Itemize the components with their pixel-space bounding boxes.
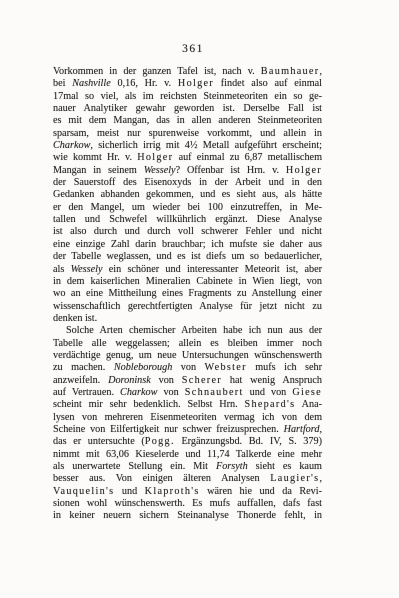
text-run: auf einmal zu 6,87 metallischem: [173, 152, 322, 163]
text-line: besser aus. Von einigen älteren Analysen…: [53, 473, 322, 485]
text-line: denken ist.: [53, 313, 322, 325]
text-line: auf Vertrauen. Charkow von Schnaubert un…: [53, 387, 322, 399]
text-run: Scheine von Eilfertigkeit nur schwer fre…: [53, 424, 284, 435]
text-run: nimmt mit 63,06 Kieselerde und 11,74 Tal…: [53, 449, 322, 460]
text-line: Mangan in seinem Wessely? Offenbar ist H…: [53, 165, 322, 177]
text-run: besser aus. Von einigen älteren Analysen: [53, 473, 270, 484]
text-run: sparsam, meist nur spurenweise vorkommt,…: [53, 128, 322, 139]
text-run: bei: [53, 78, 72, 89]
text-run: Ergänzungsbd. Bd. IV, S. 379): [175, 436, 322, 447]
text-line: verdächtige genug, um neue Untersuchunge…: [53, 350, 322, 362]
text-run: Solche Arten chemischer Arbeiten habe ic…: [66, 325, 322, 336]
page-number: 361: [57, 43, 329, 55]
text-line: nauer Analytiker gewahr geworden ist. De…: [53, 103, 322, 115]
book-page: 361 Vorkommen in der ganzen Tafel ist, n…: [0, 0, 399, 598]
text-line: Vorkommen in der ganzen Tafel ist, nach …: [53, 66, 322, 78]
text-line: als unerwartete Stellung ein. Mit Forsyt…: [53, 461, 322, 473]
text-line: der Sauerstoff des Eisenoxyds in der Arb…: [53, 177, 322, 189]
text-line: das er untersuchte (Pogg. Ergänzungsbd. …: [53, 436, 322, 448]
text-run: denken ist.: [53, 313, 97, 324]
text-run: und von: [244, 387, 293, 398]
meteorite-name-italic: Wessely: [144, 165, 176, 176]
text-run: von: [157, 387, 184, 398]
text-line: bei Nashville 0,16, Hr. v. Holger findet…: [53, 78, 322, 90]
text-run: von: [172, 362, 204, 373]
text-run: Mangan in seinem: [53, 165, 144, 176]
person-name-spaced: Laugier's: [270, 473, 319, 484]
text-line: als Wessely ein schöner und interessante…: [53, 264, 322, 276]
text-run: als: [53, 264, 71, 275]
meteorite-name-italic: Doroninsk: [108, 375, 151, 386]
text-run: es mit dem Mangan, das in allen anderen …: [53, 115, 322, 126]
person-name-spaced: Holger: [137, 152, 173, 163]
text-run: wären hie und da Revi-: [200, 486, 322, 497]
meteorite-name-italic: Charkow: [53, 140, 90, 151]
text-line: in dem kaiserlichen Mineralien Cabinete …: [53, 276, 322, 288]
text-run: lysen von mehreren Eisenmeteoriten verma…: [53, 412, 322, 423]
text-run: 0,16, Hr. v.: [111, 78, 178, 89]
text-run: wo an eine Mittheilung eines Fragments z…: [53, 288, 322, 299]
person-name-spaced: Vauquelin's: [53, 486, 114, 497]
text-run: mufs ich sehr: [247, 362, 322, 373]
text-run: der Tabelle weglassen, und es ist diefs …: [53, 251, 322, 262]
text-run: wie kommt Hr. v.: [53, 152, 137, 163]
text-run: ist also durch und durch voll schwerer F…: [53, 226, 322, 237]
text-run: 17mal so viel, als im reichsten Steinmet…: [53, 91, 322, 102]
person-name-spaced: Holger: [178, 78, 214, 89]
meteorite-name-italic: Nobleborough: [114, 362, 172, 373]
text-run: findet also auf einmal: [214, 78, 322, 89]
text-run: nauer Analytiker gewahr geworden ist. De…: [53, 103, 322, 114]
text-run: Tabelle alle weggelassen; allein es blei…: [53, 338, 322, 349]
text-run: ,: [319, 66, 322, 77]
text-run: als unerwartete Stellung ein. Mit: [53, 461, 216, 472]
text-line: wie kommt Hr. v. Holger auf einmal zu 6,…: [53, 152, 322, 164]
person-name-spaced: Schnaubert: [185, 387, 244, 398]
text-run: in dem kaiserlichen Mineralien Cabinete …: [53, 276, 322, 287]
text-block: Vorkommen in der ganzen Tafel ist, nach …: [53, 66, 322, 523]
person-name-spaced: Holger: [286, 165, 322, 176]
text-run: Gedanken abhanden gekommen, und es sieht…: [53, 189, 322, 200]
text-line: scheint mir sehr bedenklich. Selbst Hrn.…: [53, 399, 322, 411]
text-run: hat wenig Anspruch: [222, 375, 322, 386]
text-run: ein schöner und interessanter Meteorit i…: [102, 264, 322, 275]
text-line: tallen und Schwefel willkührlich ergänzt…: [53, 214, 322, 226]
text-line: sionen wohl wünschenswerth. Es mufs auff…: [53, 498, 322, 510]
text-line: Gedanken abhanden gekommen, und es sieht…: [53, 189, 322, 201]
person-name-spaced: Baumhauer: [261, 66, 320, 77]
text-run: Vorkommen in der ganzen Tafel ist, nach …: [53, 66, 261, 77]
text-line: 17mal so viel, als im reichsten Steinmet…: [53, 91, 322, 103]
text-run: verdächtige genug, um neue Untersuchunge…: [53, 350, 322, 361]
text-run: von: [151, 375, 182, 386]
text-line: wo an eine Mittheilung eines Fragments z…: [53, 288, 322, 300]
text-run: das er untersuchte (: [53, 436, 145, 447]
text-line: Solche Arten chemischer Arbeiten habe ic…: [53, 325, 322, 337]
text-run: ,: [319, 424, 322, 435]
text-run: der Sauerstoff des Eisenoxyds in der Arb…: [53, 177, 322, 188]
text-run: er den Mangel, um wieder bei 100 einzutr…: [53, 202, 322, 213]
text-run: auf Vertrauen.: [53, 387, 120, 398]
text-line: Charkow, sicherlich irrig mit 4½ Metall …: [53, 140, 322, 152]
text-line: der Tabelle weglassen, und es ist diefs …: [53, 251, 322, 263]
meteorite-name-italic: Wessely: [71, 264, 103, 275]
meteorite-name-italic: Hartford: [284, 424, 320, 435]
person-name-spaced: Webster: [205, 362, 247, 373]
person-name-spaced: Klaproth's: [145, 486, 200, 497]
text-run: sieht es kaum: [248, 461, 322, 472]
text-run: Ana-: [295, 399, 322, 410]
text-run: sionen wohl wünschenswerth. Es mufs auff…: [53, 498, 322, 509]
text-line: es mit dem Mangan, das in allen anderen …: [53, 115, 322, 127]
text-run: eine einzige Zahl darin brauchbar; ich m…: [53, 239, 322, 250]
text-line: Tabelle alle weggelassen; allein es blei…: [53, 338, 322, 350]
text-line: in keiner neuern sichern Steinanalyse Th…: [53, 510, 322, 522]
text-run: in keiner neuern sichern Steinanalyse Th…: [53, 510, 322, 521]
text-line: zu machen. Nobleborough von Webster mufs…: [53, 362, 322, 374]
text-run: wissenschaftlich gerechtfertigten Analys…: [53, 301, 322, 312]
text-line: Scheine von Eilfertigkeit nur schwer fre…: [53, 424, 322, 436]
person-name-spaced: Giese: [292, 387, 322, 398]
text-line: wissenschaftlich gerechtfertigten Analys…: [53, 301, 322, 313]
text-line: er den Mangel, um wieder bei 100 einzutr…: [53, 202, 322, 214]
person-name-spaced: Scherer: [182, 375, 222, 386]
text-run: und: [114, 486, 144, 497]
text-run: ,: [319, 473, 322, 484]
person-name-spaced: Pogg.: [145, 436, 175, 447]
text-run: anzweifeln.: [53, 375, 108, 386]
text-line: sparsam, meist nur spurenweise vorkommt,…: [53, 128, 322, 140]
meteorite-name-italic: Forsyth: [216, 461, 248, 472]
text-line: lysen von mehreren Eisenmeteoriten verma…: [53, 412, 322, 424]
text-run: scheint mir sehr bedenklich. Selbst Hrn.: [53, 399, 244, 410]
text-run: ? Offenbar ist Hrn. v.: [176, 165, 286, 176]
text-line: eine einzige Zahl darin brauchbar; ich m…: [53, 239, 322, 251]
text-run: , sicherlich irrig mit 4½ Metall aufgefü…: [90, 140, 322, 151]
text-line: ist also durch und durch voll schwerer F…: [53, 226, 322, 238]
text-line: anzweifeln. Doroninsk von Scherer hat we…: [53, 375, 322, 387]
meteorite-name-italic: Charkow: [120, 387, 157, 398]
text-run: tallen und Schwefel willkührlich ergänzt…: [53, 214, 322, 225]
text-line: nimmt mit 63,06 Kieselerde und 11,74 Tal…: [53, 449, 322, 461]
person-name-spaced: Shepard's: [244, 399, 295, 410]
text-line: Vauquelin's und Klaproth's wären hie und…: [53, 486, 322, 498]
text-run: zu machen.: [53, 362, 114, 373]
meteorite-name-italic: Nashville: [72, 78, 110, 89]
